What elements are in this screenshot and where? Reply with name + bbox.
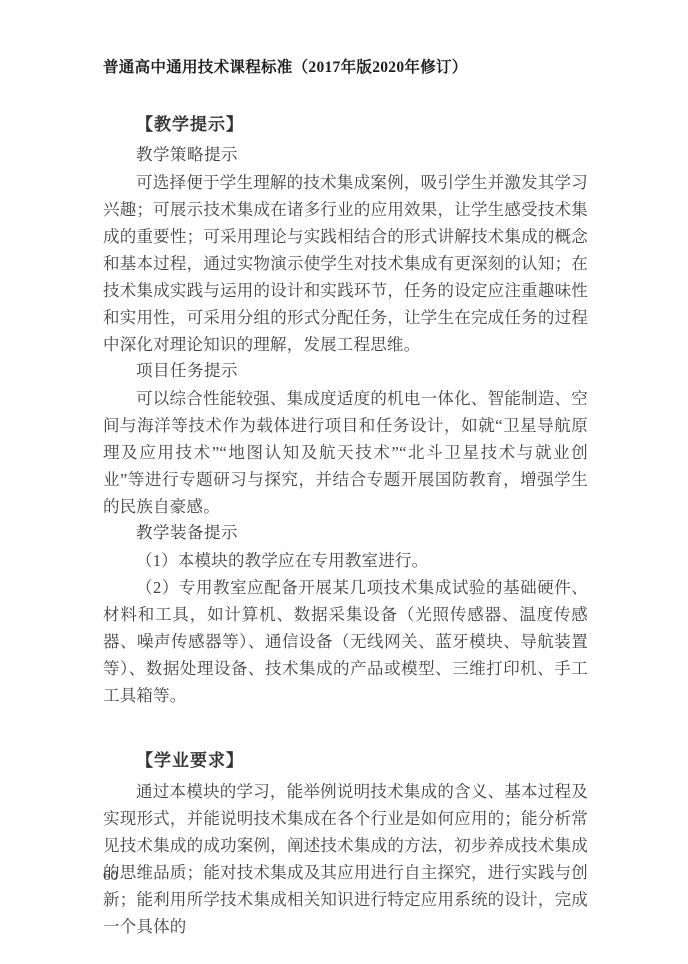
- academic-requirements-paragraph: 通过本模块的学习，能举例说明技术集成的含义、基本过程及实现形式，并能说明技术集成…: [103, 778, 588, 940]
- section-academic-requirements: 【学业要求】 通过本模块的学习，能举例说明技术集成的含义、基本过程及实现形式，并…: [103, 747, 588, 940]
- equipment-item-2: （2）专用教室应配备开展某几项技术集成试验的基础硬件、材料和工具，如计算机、数据…: [103, 574, 588, 709]
- academic-requirements-heading: 【学业要求】: [136, 747, 588, 774]
- teaching-strategy-paragraph: 可选择便于学生理解的技术集成案例，吸引学生并激发其学习兴趣；可展示技术集成在诸多…: [103, 169, 588, 358]
- subhead-teaching-strategy: 教学策略提示: [136, 142, 588, 169]
- document-page: 普通高中通用技术课程标准（2017年版2020年修订） 【教学提示】 教学策略提…: [0, 0, 688, 964]
- teaching-tips-heading: 【教学提示】: [136, 111, 588, 138]
- page-number: 60: [103, 868, 118, 885]
- section-teaching-tips: 【教学提示】 教学策略提示 可选择便于学生理解的技术集成案例，吸引学生并激发其学…: [103, 111, 588, 709]
- document-header-title: 普通高中通用技术课程标准（2017年版2020年修订）: [103, 56, 588, 80]
- subhead-project-tasks: 项目任务提示: [136, 358, 588, 385]
- equipment-item-1: （1）本模块的教学应在专用教室进行。: [103, 547, 588, 574]
- subhead-teaching-equipment: 教学装备提示: [136, 520, 588, 547]
- project-tasks-paragraph: 可以综合性能较强、集成度适度的机电一体化、智能制造、空间与海洋等技术作为载体进行…: [103, 385, 588, 520]
